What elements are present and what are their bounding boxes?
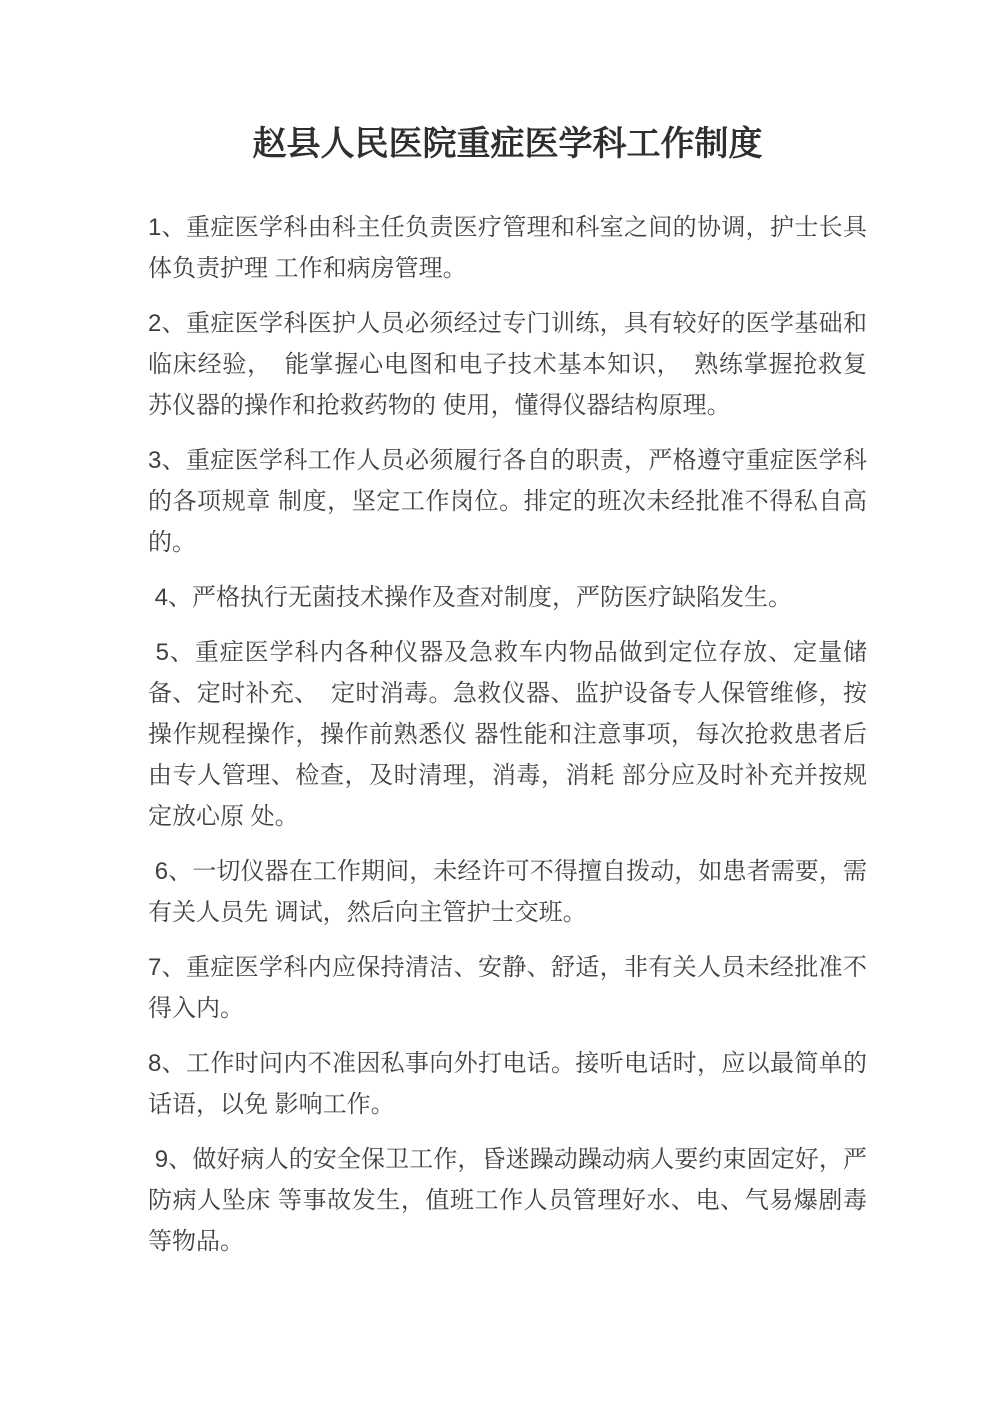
paragraph-9: 9、做好病人的安全保卫工作，昏迷躁动躁动病人要约束固定好，严防病人坠床 等事故发… <box>148 1139 867 1262</box>
paragraph-7: 7、重症医学科内应保持清洁、安静、舒适，非有关人员未经批准不得入内。 <box>148 947 867 1029</box>
paragraph-6: 6、一切仪器在工作期间，未经许可不得擅自拨动，如患者需要，需有关人员先 调试，然… <box>148 851 867 933</box>
paragraph-4: 4、严格执行无菌技术操作及查对制度，严防医疗缺陷发生。 <box>148 577 867 618</box>
paragraph-2: 2、重症医学科医护人员必须经过专门训练，具有较好的医学基础和临床经验， 能掌握心… <box>148 303 867 426</box>
paragraph-1: 1、重症医学科由科主任负责医疗管理和科室之间的协调，护士长具体负责护理 工作和病… <box>148 207 867 289</box>
paragraph-3: 3、重症医学科工作人员必须履行各自的职责，严格遵守重症医学科的各项规章 制度，坚… <box>148 440 867 563</box>
document-title: 赵县人民医院重症医学科工作制度 <box>148 120 867 169</box>
document-page: 赵县人民医院重症医学科工作制度 1、重症医学科由科主任负责医疗管理和科室之间的协… <box>0 0 993 1404</box>
paragraph-8: 8、工作时问内不准因私事向外打电话。接听电话时，应以最简单的话语，以免 影响工作… <box>148 1043 867 1125</box>
paragraph-5: 5、重症医学科内各种仪器及急救车内物品做到定位存放、定量储备、定时补充、 定时消… <box>148 632 867 837</box>
